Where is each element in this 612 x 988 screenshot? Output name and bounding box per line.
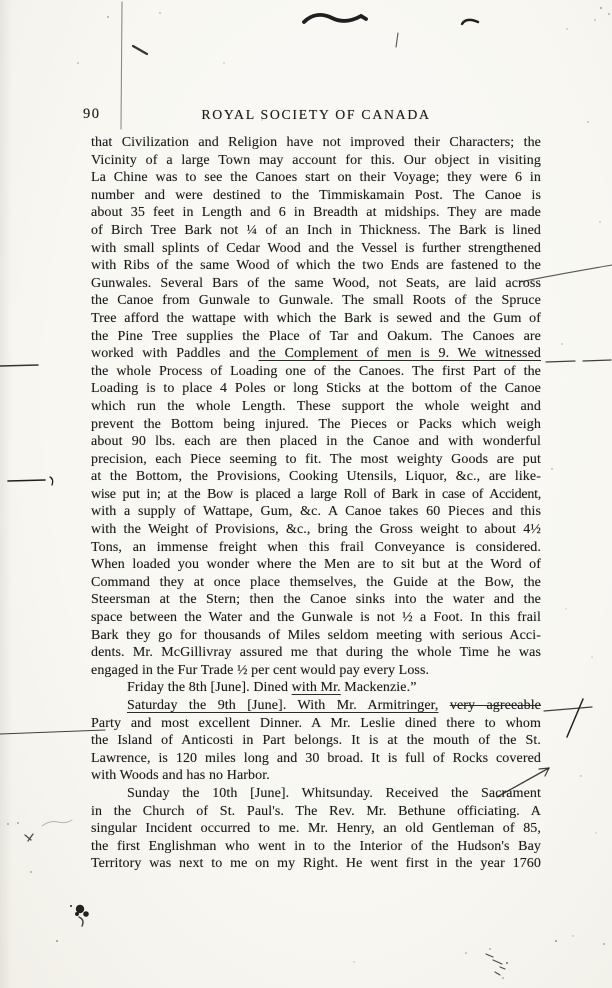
pencil-underlined-text: the Complement of men is 9. We witnessed <box>258 346 541 361</box>
text-line: with a supply of Wattape, Gum, &c. A Can… <box>91 503 541 521</box>
text-line: singular Incident occurred to me. Mr. He… <box>91 820 541 838</box>
tick-mark <box>133 46 147 54</box>
text-line: Steersman at the Stern; then the Canoe s… <box>91 591 541 609</box>
text-line: Gunwales. Several Bars of the same Wood,… <box>91 275 541 293</box>
pencil-struck-text: very agreeable <box>450 698 541 713</box>
text-segment: Mackenzie.” <box>341 680 417 695</box>
text-line: Tons, an immense freight when this frail… <box>91 539 541 557</box>
text-line: worked with Paddles and the Complement o… <box>91 345 541 363</box>
smudge-wisp <box>42 820 72 826</box>
text-line: Vicinity of a large Town may account for… <box>91 152 541 170</box>
text-line: dents. Mr. McGillivray assured me that d… <box>91 644 541 662</box>
margin-dash <box>8 480 45 481</box>
ink-blot <box>70 905 89 917</box>
text-line: the Pine Tree supplies the Place of Tar … <box>91 328 541 346</box>
underline-dash <box>546 361 575 362</box>
scanned-book-page: 90 ROYAL SOCIETY OF CANADA that Civiliza… <box>0 0 612 988</box>
text-line: Lawrence, is 120 miles long and 30 broad… <box>91 750 541 768</box>
text-line: the whole Process of Loading one of the … <box>91 363 541 381</box>
page-body: that Civilization and Religion have not … <box>91 134 541 873</box>
text-line: about 90 lbs. each are then placed in th… <box>91 433 541 451</box>
smudge-mark <box>25 834 33 841</box>
running-header: ROYAL SOCIETY OF CANADA <box>91 107 541 123</box>
underline-dash <box>583 360 611 361</box>
text-line: Sunday the 10th [June]. Whitsunday. Rece… <box>91 785 541 803</box>
text-line: the first Englishman who went in to the … <box>91 838 541 856</box>
text-line: space between the Water and the Gunwale … <box>91 609 541 627</box>
text-line: Friday the 8th [June]. Dined with Mr. Ma… <box>91 679 541 697</box>
text-segment: Friday the 8th [June]. Dined <box>127 680 292 695</box>
text-line: about 35 feet in Length and 6 in Breadth… <box>91 204 541 222</box>
pencil-underlined-text: with Mr. <box>292 680 341 695</box>
text-line: Bark they go for thousands of Miles seld… <box>91 627 541 645</box>
text-line: wise put in; at the Bow is placed a larg… <box>91 486 541 504</box>
text-line: the Island of Anticosti in Part belongs.… <box>91 732 541 750</box>
text-line: La Chine was to see the Canoes start on … <box>91 169 541 187</box>
text-line: with the Weight of Provisions, &c., brin… <box>91 521 541 539</box>
text-line: Tree afford the wattape with which the B… <box>91 310 541 328</box>
text-line: with Ribs of the same Wood of which the … <box>91 257 541 275</box>
text-segment <box>438 698 449 713</box>
text-line: with small splints of Cedar Wood and the… <box>91 240 541 258</box>
text-line: Saturday the 9th [June]. With Mr. Armitr… <box>91 697 541 715</box>
text-line: of Birch Tree Bark not ¼ of an Inch in T… <box>91 222 541 240</box>
text-line: Party and most excellent Dinner. A Mr. L… <box>91 715 541 733</box>
text-line: with Woods and has no Harbor. <box>91 767 541 785</box>
ink-scribble-mark <box>462 20 478 24</box>
text-line: in the Church of St. Paul's. The Rev. Mr… <box>91 803 541 821</box>
text-line: the Canoe from Gunwale to Gunwale. The s… <box>91 292 541 310</box>
text-line: at the Bottom, the Provisions, Cooking U… <box>91 468 541 486</box>
text-line: Territory was next to me on my Right. He… <box>91 855 541 873</box>
text-line: Loading is to place 4 Poles or long Stic… <box>91 380 541 398</box>
strike-dash <box>544 707 592 711</box>
text-line: precision, each Piece seeming to fit. Th… <box>91 451 541 469</box>
text-line: prevent the Bottom being injured. The Pi… <box>91 416 541 434</box>
slash-mark <box>567 699 583 737</box>
text-segment: worked with Paddles and <box>91 346 258 361</box>
tick-mark <box>396 33 398 47</box>
comma-mark <box>50 477 53 485</box>
ink-blot-tail <box>79 917 83 926</box>
pencil-underlined-text: Saturday the 9th [June]. With Mr. Armitr… <box>127 698 438 713</box>
text-line: engaged in the Fur Trade ½ per cent woul… <box>91 662 541 680</box>
margin-line <box>0 365 38 366</box>
text-line: Command they at once place themselves, t… <box>91 574 541 592</box>
text-line: which run the whole Length. These suppor… <box>91 398 541 416</box>
text-line: When loaded you wonder where the Men are… <box>91 556 541 574</box>
margin-line <box>0 730 105 734</box>
text-line: that Civilization and Religion have not … <box>91 134 541 152</box>
speckle-scribble <box>486 954 505 975</box>
ink-squiggle-mark <box>304 15 366 22</box>
text-line: number and were destined to the Timmiska… <box>91 187 541 205</box>
